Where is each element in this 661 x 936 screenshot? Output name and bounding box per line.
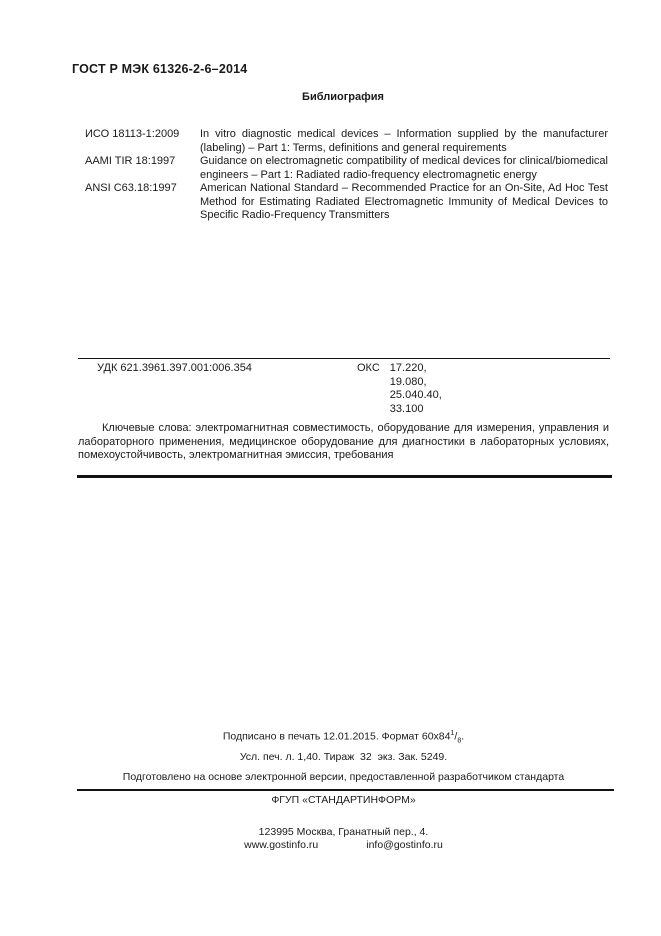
bibliography-entry: AAMI TIR 18:1997 Guidance on electromagn… [85,155,608,182]
imprint-print-suffix: . [461,731,464,743]
bibliography-list: ИСО 18113-1:2009 In vitro diagnostic med… [85,128,608,223]
oks-code: 33.100 [390,403,442,417]
publisher-address: 123995 Москва, Гранатный пер., 4. [78,826,609,838]
document-code: ГОСТ Р МЭК 61326-2-6–2014 [72,62,247,76]
section-title-bibliography: Библиография [78,91,608,103]
bibliography-text: Guidance on electromagnetic compatibilit… [200,155,608,182]
publisher-contacts: www.gostinfo.ruinfo@gostinfo.ru [78,839,609,851]
imprint-edition-info: Усл. печ. л. 1,40. Тираж 32 экз. Зак. 52… [78,751,609,763]
imprint-print-prefix: Подписано в печать 12.01.2015. Формат 60… [223,731,451,743]
publisher-website: www.gostinfo.ru [244,839,318,851]
horizontal-rule-publisher [77,789,614,791]
imprint-source-note: Подготовлено на основе электронной верси… [78,771,609,783]
keywords-paragraph: Ключевые слова: электромагнитная совмест… [78,422,609,463]
oks-label: ОКС [357,362,380,416]
bibliography-ref: ANSI C63.18:1997 [85,182,200,223]
bibliography-entry: ANSI C63.18:1997 American National Stand… [85,182,608,223]
publisher-name: ФГУП «СТАНДАРТИНФОРМ» [78,794,609,806]
bibliography-entry: ИСО 18113-1:2009 In vitro diagnostic med… [85,128,608,155]
imprint-print-info: Подписано в печать 12.01.2015. Формат 60… [78,730,609,745]
bibliography-ref: AAMI TIR 18:1997 [85,155,200,182]
bibliography-text: American National Standard – Recommended… [200,182,608,223]
horizontal-rule-keywords-bottom [77,475,612,478]
bibliography-ref: ИСО 18113-1:2009 [85,128,200,155]
oks-code: 25.040.40, [390,389,442,403]
udk-code: УДК 621.3961.397.001:006.354 [97,362,252,376]
oks-code: 19.080, [390,376,442,390]
bibliography-text: In vitro diagnostic medical devices – In… [200,128,608,155]
oks-code: 17.220, [390,362,442,376]
oks-block: ОКС 17.220, 19.080, 25.040.40, 33.100 [357,362,442,416]
oks-codes: 17.220, 19.080, 25.040.40, 33.100 [390,362,442,416]
publisher-email: info@gostinfo.ru [366,839,443,851]
document-page: ГОСТ Р МЭК 61326-2-6–2014 Библиография И… [0,0,661,936]
horizontal-rule-top [78,358,610,359]
